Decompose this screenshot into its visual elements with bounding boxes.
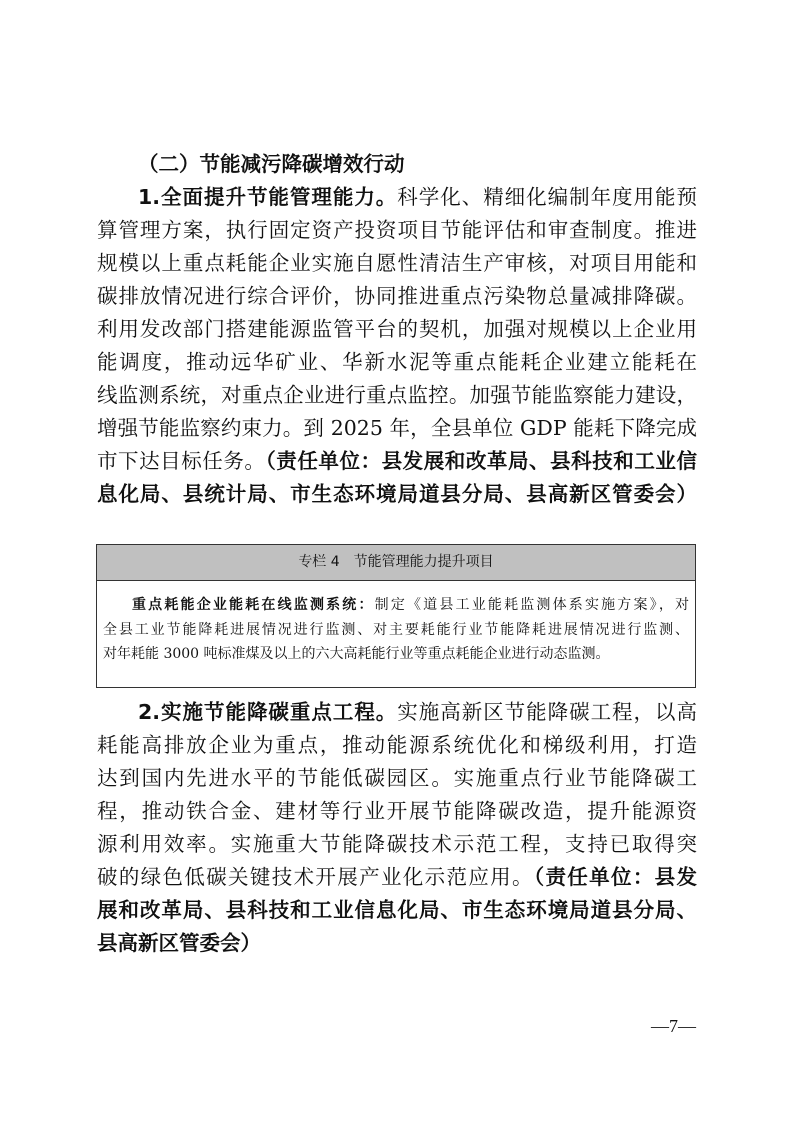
item2-title: 2.实施节能降碳重点工程。 — [138, 700, 397, 724]
column-box-item-title: 重点耗能企业能耗在线监测系统： — [132, 597, 375, 613]
item2-line-1: 2.实施节能降碳重点工程。实施高新区节能降碳工程，以高 — [97, 696, 697, 729]
item2-line-3: 达到国内先进水平的节能低碳园区。实施重点行业节能降碳工 — [97, 762, 697, 795]
item1-line-3: 规模以上重点耗能企业实施自愿性清洁生产审核，对项目用能和 — [97, 247, 697, 280]
item1-line-9: 市下达目标任务。（责任单位：县发展和改革局、县科技和工业信 — [97, 445, 697, 478]
item1-title: 1.全面提升节能管理能力。 — [138, 185, 397, 209]
item2-line-5: 源利用效率。实施重大节能降碳技术示范工程，支持已取得突 — [97, 828, 697, 861]
item1-line-2: 算管理方案，执行固定资产投资项目节能评估和审查制度。推进 — [97, 214, 697, 247]
item1-line-7: 线监测系统，对重点企业进行重点监控。加强节能监察能力建设， — [97, 379, 697, 412]
document-page: （二）节能减污降碳增效行动 1.全面提升节能管理能力。科学化、精细化编制年度用能… — [0, 0, 793, 1122]
item2-line-2: 耗能高排放企业为重点，推动能源系统优化和梯级利用，打造 — [97, 729, 697, 762]
column-box-line-1: 重点耗能企业能耗在线监测系统：制定《道县工业能耗监测体系实施方案》，对 — [103, 593, 689, 618]
item1-responsibility: （责任单位：县发展和改革局、县科技和工业信 — [266, 449, 698, 473]
column-box-title: 专栏 4 节能管理能力提升项目 — [97, 545, 695, 581]
column-box-line-3: 对年耗能 3000 吨标准煤及以上的六大高耗能行业等重点耗能企业进行动态监测。 — [103, 642, 689, 667]
column-box: 专栏 4 节能管理能力提升项目 重点耗能企业能耗在线监测系统：制定《道县工业能耗… — [96, 544, 696, 688]
item1-line-5: 利用发改部门搭建能源监管平台的契机，加强对规模以上企业用 — [97, 313, 697, 346]
section-heading: （二）节能减污降碳增效行动 — [138, 148, 405, 181]
item2-responsibility-line-2: 展和改革局、县科技和工业信息化局、市生态环境局道县分局、 — [97, 894, 697, 927]
item2-line-6: 破的绿色低碳关键技术开展产业化示范应用。（责任单位：县发 — [97, 861, 697, 894]
column-box-line-2: 全县工业节能降耗进展情况进行监测、对主要耗能行业节能降耗进展情况进行监测、 — [103, 618, 689, 643]
page-number: —7— — [651, 1014, 696, 1038]
item1-line-6: 能调度，推动远华矿业、华新水泥等重点能耗企业建立能耗在 — [97, 346, 697, 379]
item2-responsibility: （责任单位：县发 — [534, 865, 697, 889]
item1-line-1: 1.全面提升节能管理能力。科学化、精细化编制年度用能预 — [97, 181, 697, 214]
item1-responsibility-line-2: 息化局、县统计局、市生态环境局道县分局、县高新区管委会） — [97, 478, 697, 511]
item2-line-4: 程，推动铁合金、建材等行业开展节能降碳改造，提升能源资 — [97, 795, 697, 828]
item1-line-8: 增强节能监察约束力。到 2025 年，全县单位 GDP 能耗下降完成 — [97, 412, 697, 445]
item2-responsibility-line-3: 县高新区管委会） — [97, 927, 697, 960]
item1-line-4: 碳排放情况进行综合评价，协同推进重点污染物总量减排降碳。 — [97, 280, 697, 313]
column-box-body: 重点耗能企业能耗在线监测系统：制定《道县工业能耗监测体系实施方案》，对 全县工业… — [97, 581, 695, 667]
